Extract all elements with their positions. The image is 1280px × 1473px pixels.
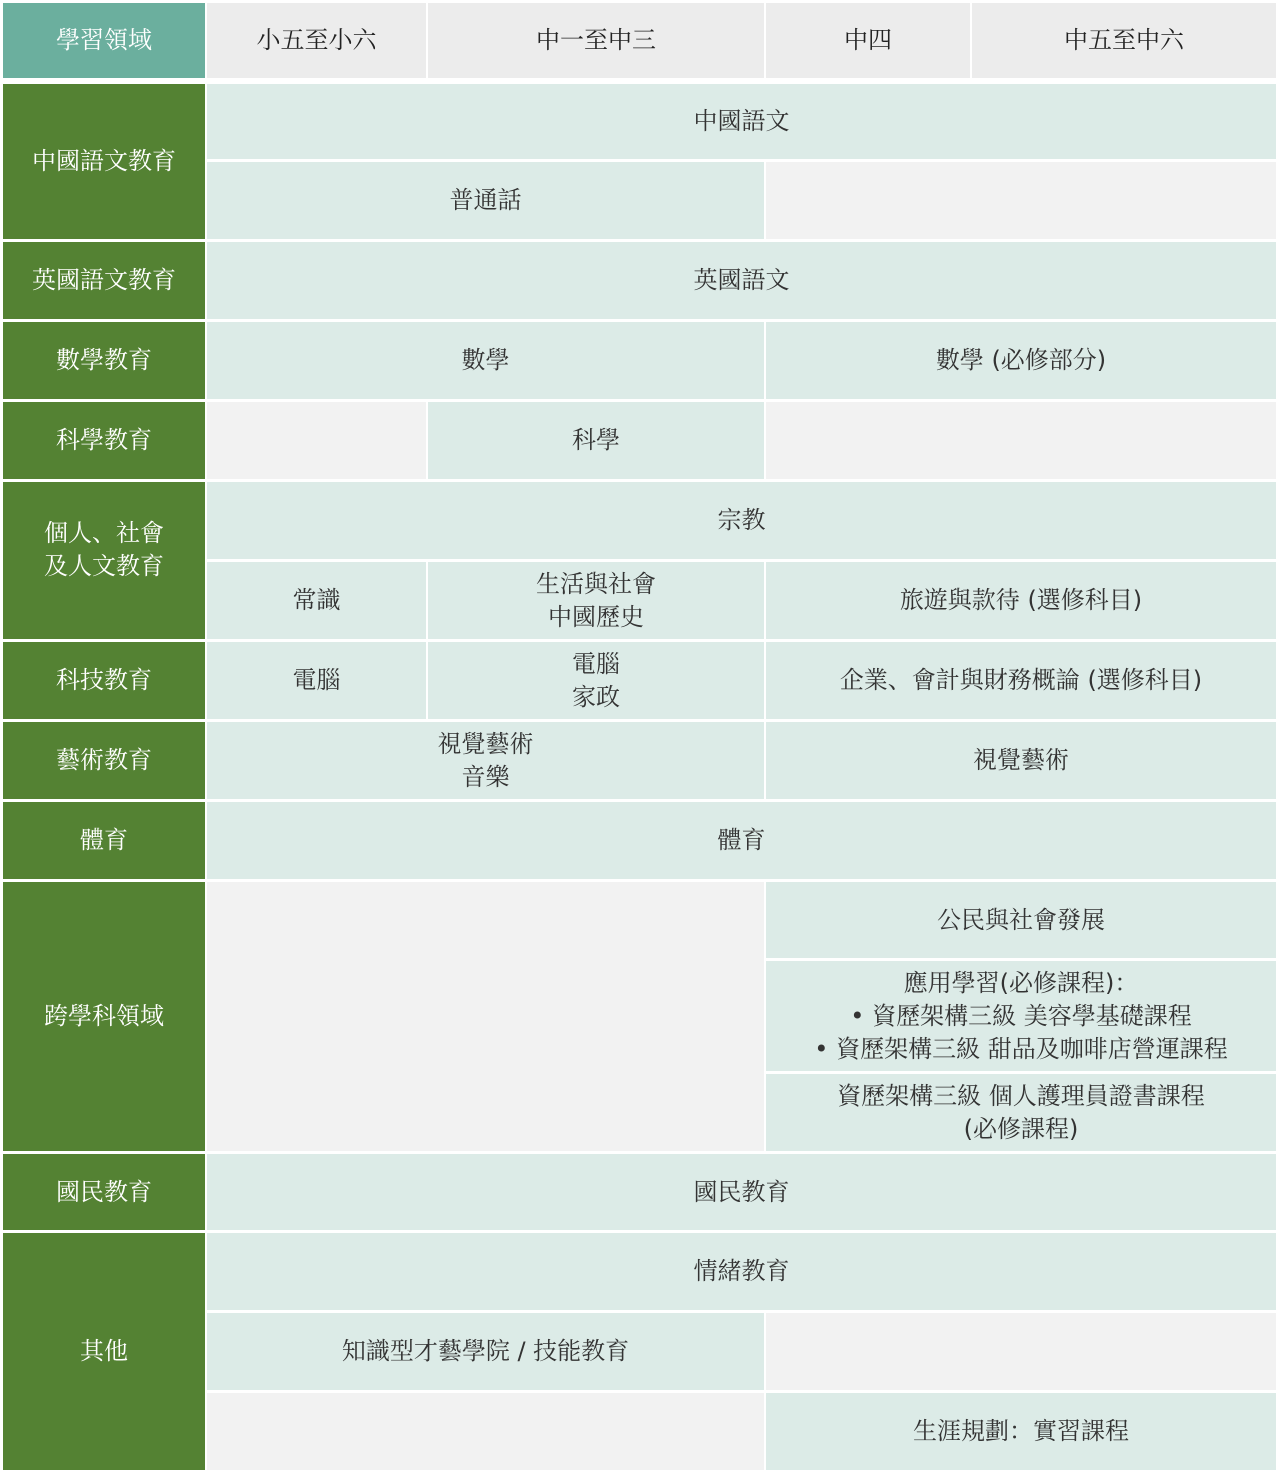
applied-learning-item: • 資歷架構三級 甜品及咖啡店營運課程 [814,1033,1227,1066]
subject-computer-primary: 電腦 [207,642,426,719]
subject-visual-arts-music: 視覺藝術 音樂 [207,722,764,799]
subject-mathematics-compulsory: 數學 (必修部分) [766,322,1276,399]
area-tech: 科技教育 [3,642,205,719]
subject-english-language: 英國語文 [207,242,1276,319]
empty-cell [766,1313,1276,1390]
area-chinese: 中國語文教育 [3,84,205,239]
subject-visual-arts: 視覺藝術 [766,722,1276,799]
applied-learning-title: 應用學習(必修課程)： [904,967,1139,1000]
subject-talent-academy: 知識型才藝學院 / 技能教育 [207,1313,764,1390]
empty-cell [207,402,426,479]
area-science: 科學教育 [3,402,205,479]
subject-general-studies: 常識 [207,562,426,639]
header-s5-s6: 中五至中六 [972,3,1276,78]
subject-career-planning: 生涯規劃：實習課程 [766,1393,1276,1470]
header-learning-area: 學習領域 [3,3,205,78]
subject-computer-home-econ: 電腦 家政 [428,642,764,719]
area-national: 國民教育 [3,1154,205,1230]
subject-putonghua: 普通話 [207,162,764,239]
area-arts: 藝術教育 [3,722,205,799]
applied-learning-item: • 資歷架構三級 美容學基礎課程 [850,1000,1191,1033]
area-math: 數學教育 [3,322,205,399]
empty-cell [766,402,1276,479]
header-s4: 中四 [766,3,970,78]
empty-cell [207,1393,764,1470]
subject-science: 科學 [428,402,764,479]
area-others: 其他 [3,1233,205,1470]
subject-national-education: 國民教育 [207,1154,1276,1230]
subject-religion: 宗教 [207,482,1276,559]
subject-bafs: 企業、會計與財務概論 (選修科目) [766,642,1276,719]
subject-personal-care: 資歷架構三級 個人護理員證書課程 (必修課程) [766,1074,1276,1151]
header-s1-s3: 中一至中三 [428,3,764,78]
header-p5-p6: 小五至小六 [207,3,426,78]
area-english: 英國語文教育 [3,242,205,319]
subject-life-society-history: 生活與社會 中國歷史 [428,562,764,639]
subject-pe: 體育 [207,802,1276,879]
subject-citizenship: 公民與社會發展 [766,882,1276,958]
area-cross-curricular: 跨學科領域 [3,882,205,1151]
subject-tourism: 旅遊與款待 (選修科目) [766,562,1276,639]
empty-cell [207,882,764,1151]
subject-emotional-education: 情緒教育 [207,1233,1276,1310]
subject-mathematics: 數學 [207,322,764,399]
subject-chinese-language: 中國語文 [207,84,1276,159]
area-pshe: 個人、社會 及人文教育 [3,482,205,639]
empty-cell [766,162,1276,239]
area-pe: 體育 [3,802,205,879]
subject-applied-learning: 應用學習(必修課程)： • 資歷架構三級 美容學基礎課程 • 資歷架構三級 甜品… [766,961,1276,1071]
